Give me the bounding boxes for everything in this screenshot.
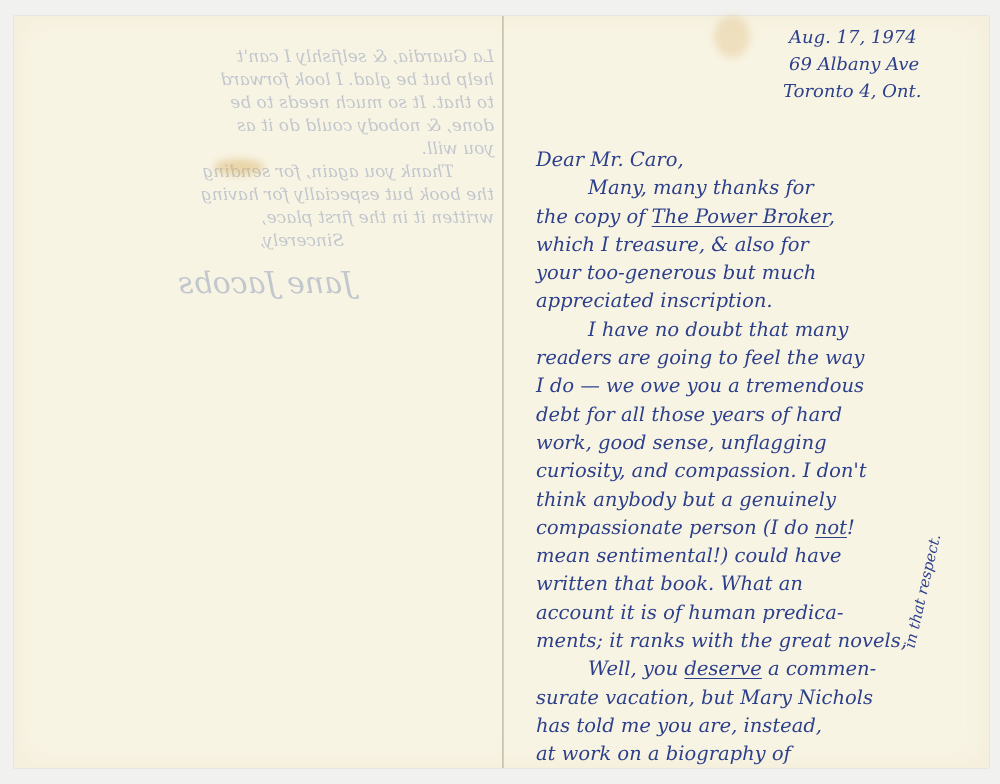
body-line: at work on a biography of — [536, 740, 907, 768]
letter-body: Dear Mr. Caro, Many, many thanks for the… — [536, 146, 907, 769]
body-line: curiosity, and compassion. I don't — [536, 457, 907, 485]
body-line: appreciated inscription. — [536, 287, 907, 315]
body-line: which I treasure, & also for — [536, 231, 907, 259]
body-line: account it is of human predica- — [536, 599, 907, 627]
bleed-line: the book but especially for having — [74, 184, 494, 207]
body-line: surate vacation, but Mary Nichols — [536, 684, 907, 712]
bleed-line: help but be glad. I look forward — [74, 69, 494, 92]
body-line: I do — we owe you a tremendous — [536, 372, 907, 400]
bleed-signature: Jane Jacobs — [74, 261, 494, 307]
body-line: compassionate person (I do not! — [536, 514, 907, 542]
right-page: Aug. 17, 1974 69 Albany Ave Toronto 4, O… — [504, 16, 989, 768]
body-line: mean sentimental!) could have — [536, 542, 907, 570]
body-line: Well, you deserve a commen- — [536, 655, 907, 683]
letter-sheet: La Guardia, & selfishly I can't help but… — [14, 16, 989, 768]
emphasis-not: not — [815, 516, 847, 539]
bleed-through-text: La Guardia, & selfishly I can't help but… — [74, 46, 494, 307]
body-line: I have no doubt that many — [536, 316, 907, 344]
body-line: your too-generous but much — [536, 259, 907, 287]
bleed-line: done, & nobody could do it as — [74, 115, 494, 138]
bleed-line: La Guardia, & selfishly I can't — [74, 46, 494, 69]
bleed-line: you will. — [74, 138, 494, 161]
body-line: readers are going to feel the way — [536, 344, 907, 372]
bleed-closing: Sincerely, — [74, 230, 494, 253]
body-line: written that book. What an — [536, 570, 907, 598]
body-line: think anybody but a genuinely — [536, 486, 907, 514]
book-title: The Power Broker — [652, 205, 829, 228]
bleed-line: to that. It so much needs to be — [74, 92, 494, 115]
bleed-line: written it in the first place, — [74, 207, 494, 230]
salutation: Dear Mr. Caro, — [536, 146, 907, 174]
body-line: ments; it ranks with the great novels, — [536, 627, 907, 655]
body-line: debt for all those years of hard — [536, 401, 907, 429]
body-line: has told me you are, instead, — [536, 712, 907, 740]
address-line-2: Toronto 4, Ont. — [783, 78, 921, 105]
letter-date: Aug. 17, 1974 — [789, 24, 921, 51]
body-line: the copy of The Power Broker, — [536, 203, 907, 231]
address-line-1: 69 Albany Ave — [789, 51, 921, 78]
paper-stain — [214, 159, 264, 175]
body-line: work, good sense, unflagging — [536, 429, 907, 457]
letter-header: Aug. 17, 1974 69 Albany Ave Toronto 4, O… — [789, 24, 921, 105]
left-page: La Guardia, & selfishly I can't help but… — [14, 16, 503, 768]
body-line: Many, many thanks for — [536, 174, 907, 202]
bleed-line: Thank you again, for sending — [74, 161, 494, 184]
emphasis-deserve: deserve — [684, 657, 761, 680]
margin-note: in that respect. — [901, 532, 945, 649]
